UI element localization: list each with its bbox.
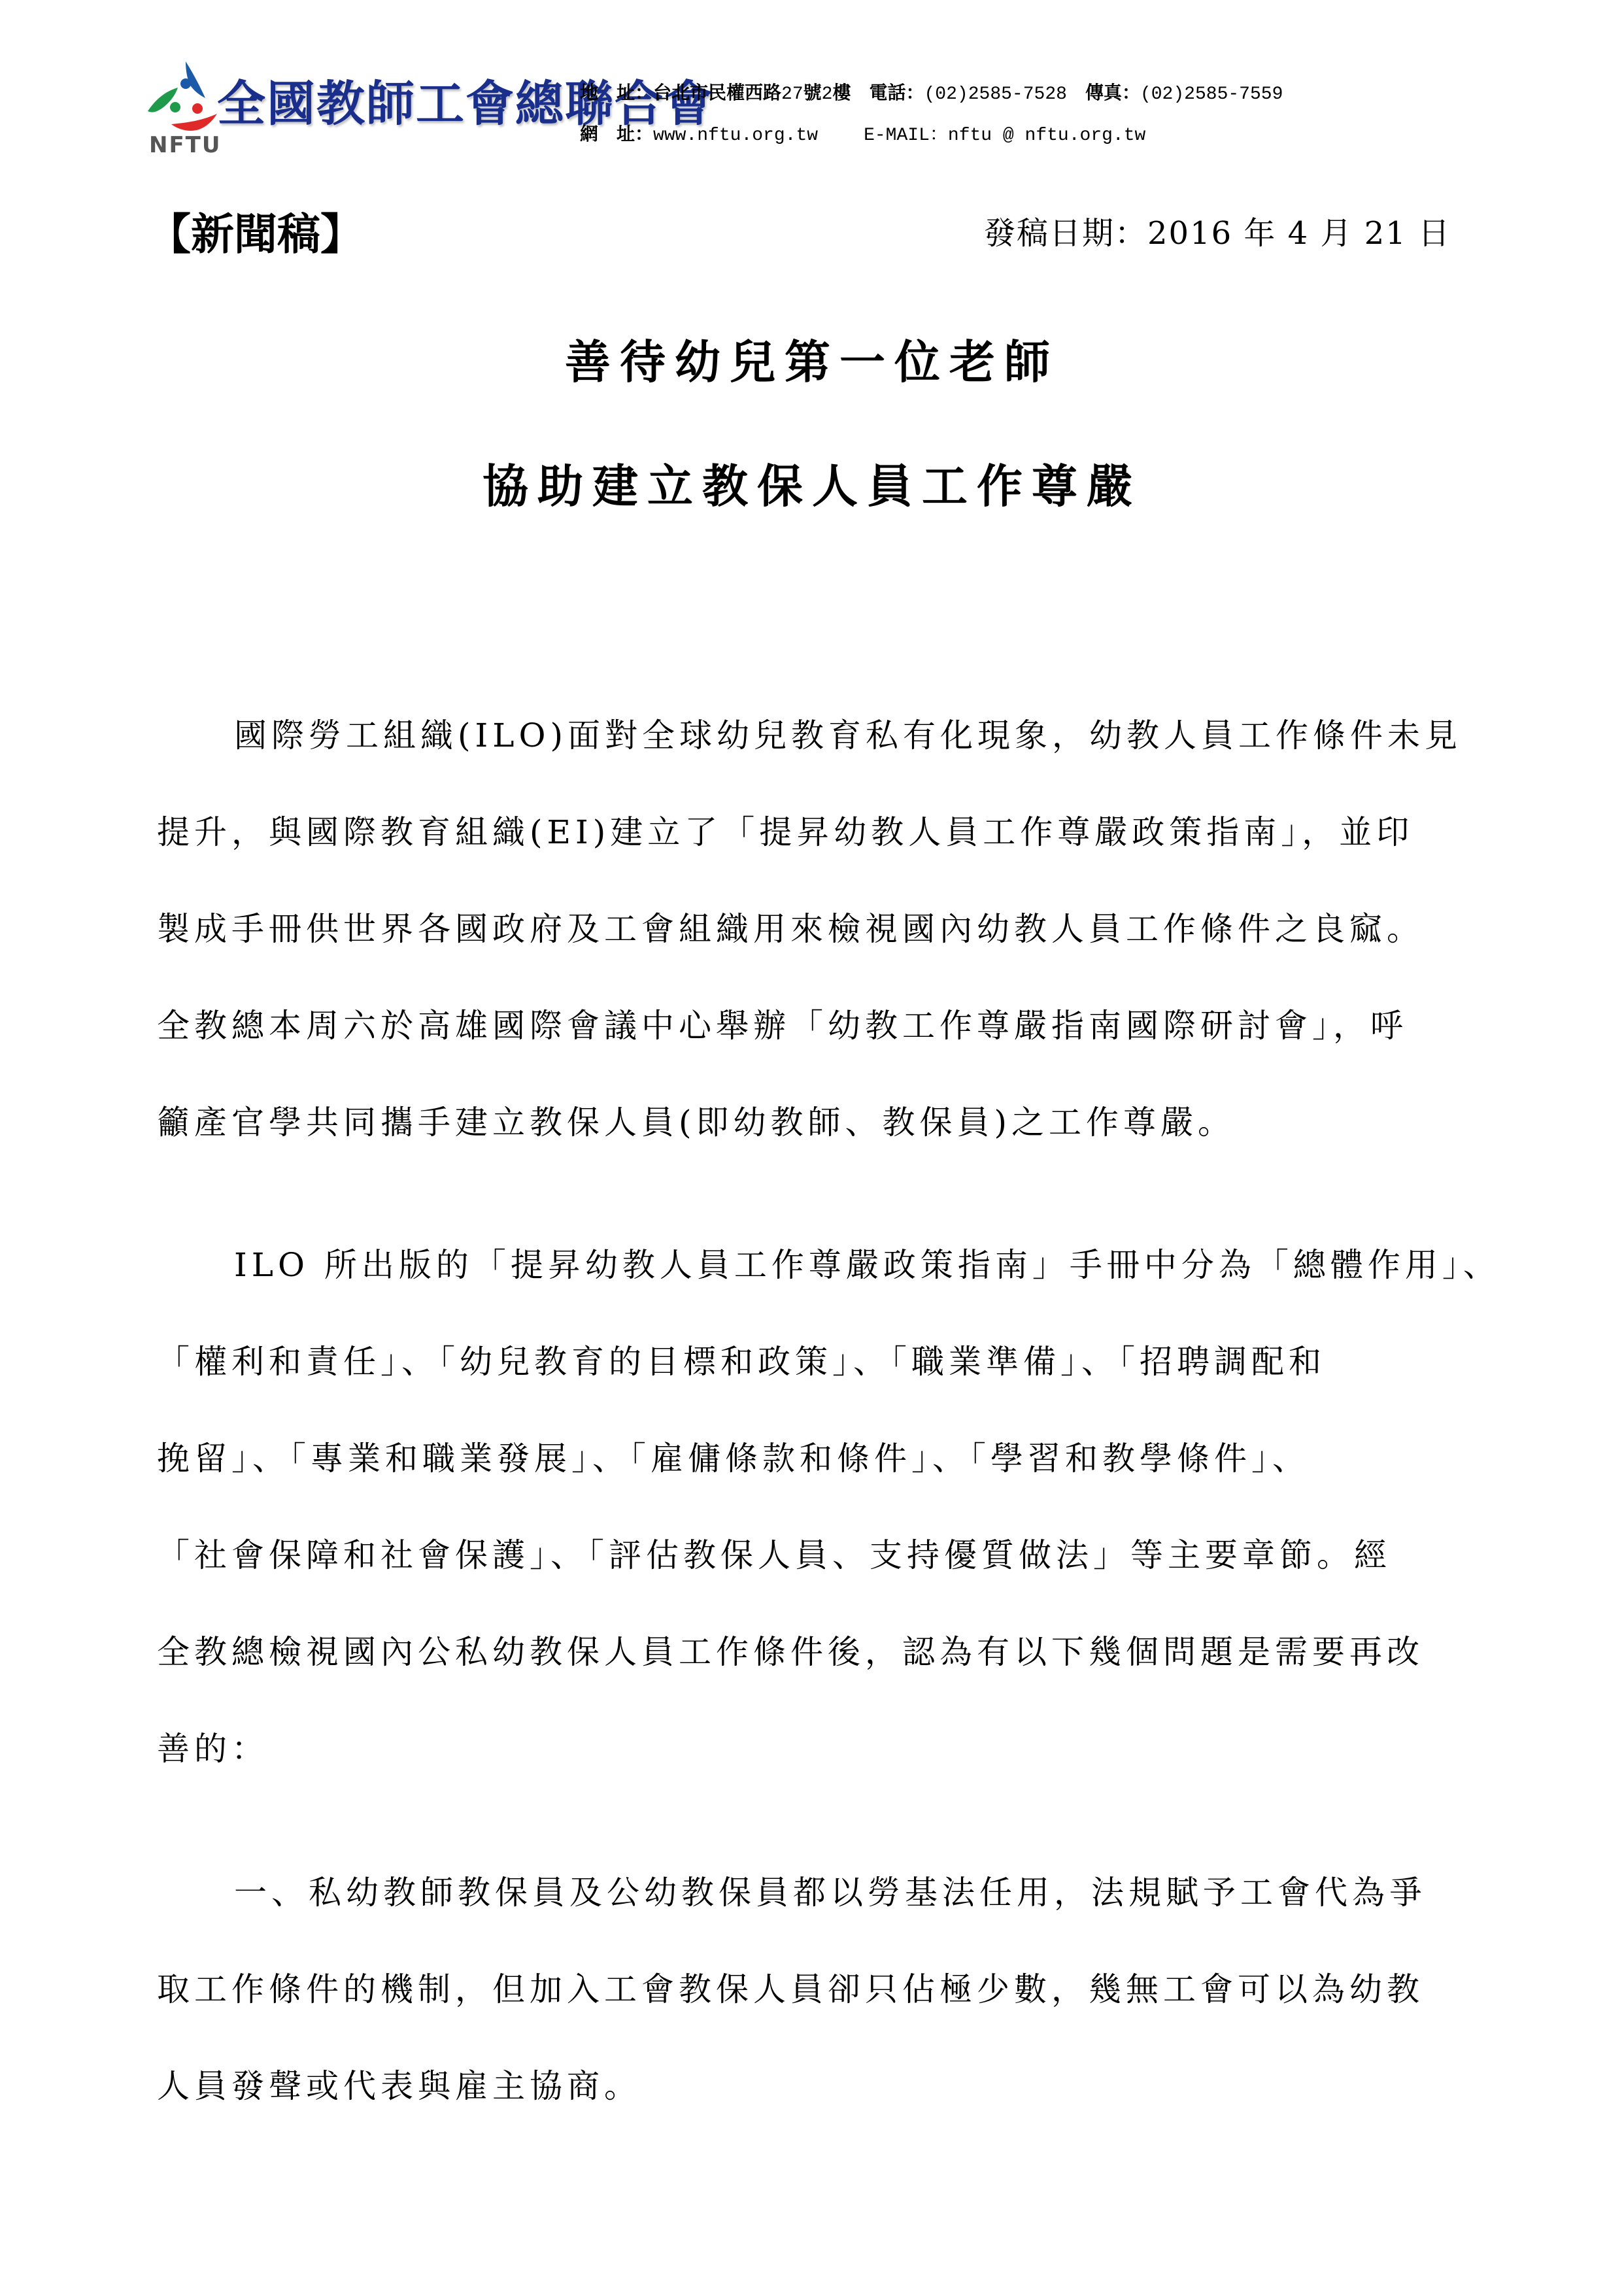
- paragraph-line: 「社會保障和社會保護」、「評估教保人員、支持優質做法」等主要章節。經: [157, 1536, 1484, 1632]
- paragraph-line: 「權利和責任」、「幼兒教育的目標和政策」、「職業準備」、「招聘調配和: [157, 1342, 1484, 1439]
- address-label: 地 址：: [580, 82, 653, 103]
- contact-line-web: 網 址：www.nftu.org.twE-MAIL：nftu @ nftu.or…: [580, 114, 1283, 156]
- address-lou: 樓: [832, 82, 851, 103]
- paragraph-line: 取工作條件的機制，但加入工會教保人員卻只佔極少數，幾無工會可以為幼教: [157, 1970, 1484, 2066]
- paragraph-line: ILO 所出版的「提昇幼教人員工作尊嚴政策指南」手冊中分為「總體作用」、: [157, 1245, 1484, 1342]
- address-hao: 號: [804, 82, 822, 103]
- paragraph-line: 全教總檢視國內公私幼教保人員工作條件後，認為有以下幾個問題是需要再改: [157, 1632, 1484, 1729]
- website-label: 網 址：: [580, 123, 653, 144]
- logo-abbrev: NFTU: [149, 132, 221, 158]
- headline-title: 善待幼兒第一位老師: [0, 326, 1624, 392]
- phone-value: (02)2585-7528: [924, 84, 1067, 105]
- paragraph-line: 籲產官學共同攜手建立教保人員(即幼教師、教保員)之工作尊嚴。: [157, 1103, 1484, 1200]
- headline-subtitle: 協助建立教保人員工作尊嚴: [0, 450, 1624, 516]
- contact-line-address: 地 址：台北市民權西路27號2樓電話：(02)2585-7528傳真：(02)2…: [580, 73, 1283, 114]
- press-release-tag: 【新聞稿】: [148, 199, 364, 261]
- release-date: 發稿日期：2016 年 4 月 21 日: [984, 208, 1451, 253]
- body-paragraph: 國際勞工組織(ILO)面對全球幼兒教育私有化現象，幼教人員工作條件未見 提升，與…: [157, 716, 1484, 1200]
- address-value: 台北市民權西路: [653, 82, 781, 103]
- email-label: E-MAIL：: [864, 126, 948, 146]
- website-link[interactable]: www.nftu.org.tw: [653, 126, 818, 146]
- address-number: 27: [781, 84, 804, 105]
- paragraph-line: 一、私幼教師教保員及公幼教保員都以勞基法任用，法規賦予工會代為爭: [157, 1873, 1484, 1970]
- body-paragraph: ILO 所出版的「提昇幼教人員工作尊嚴政策指南」手冊中分為「總體作用」、 「權利…: [157, 1245, 1484, 1826]
- paragraph-line: 國際勞工組織(ILO)面對全球幼兒教育私有化現象，幼教人員工作條件未見: [157, 716, 1484, 813]
- paragraph-line: 挽留」、「專業和職業發展」、「雇傭條款和條件」、「學習和教學條件」、: [157, 1439, 1484, 1536]
- nftu-logo: NFTU 全國教師工會總聯合會: [145, 59, 550, 157]
- address-floor-number: 2: [822, 84, 833, 105]
- paragraph-line: 提升，與國際教育組織(EI)建立了「提昇幼教人員工作尊嚴政策指南」，並印: [157, 813, 1484, 909]
- paragraph-line: 製成手冊供世界各國政府及工會組織用來檢視國內幼教人員工作條件之良窳。: [157, 909, 1484, 1006]
- phone-label: 電話：: [869, 82, 924, 103]
- paragraph-line: 人員發聲或代表與雇主協商。: [157, 2066, 1484, 2163]
- fax-label: 傳真：: [1085, 82, 1140, 103]
- fax-value: (02)2585-7559: [1140, 84, 1283, 105]
- body-paragraph: 一、私幼教師教保員及公幼教保員都以勞基法任用，法規賦予工會代為爭 取工作條件的機…: [157, 1873, 1484, 2163]
- letterhead: NFTU 全國教師工會總聯合會 地 址：台北市民權西路27號2樓電話：(02)2…: [145, 59, 1492, 157]
- contact-info: 地 址：台北市民權西路27號2樓電話：(02)2585-7528傳真：(02)2…: [580, 73, 1283, 156]
- paragraph-line: 善的：: [157, 1729, 1484, 1826]
- paragraph-line: 全教總本周六於高雄國際會議中心舉辦「幼教工作尊嚴指南國際研討會」，呼: [157, 1006, 1484, 1103]
- email-link[interactable]: nftu @ nftu.org.tw: [948, 126, 1145, 146]
